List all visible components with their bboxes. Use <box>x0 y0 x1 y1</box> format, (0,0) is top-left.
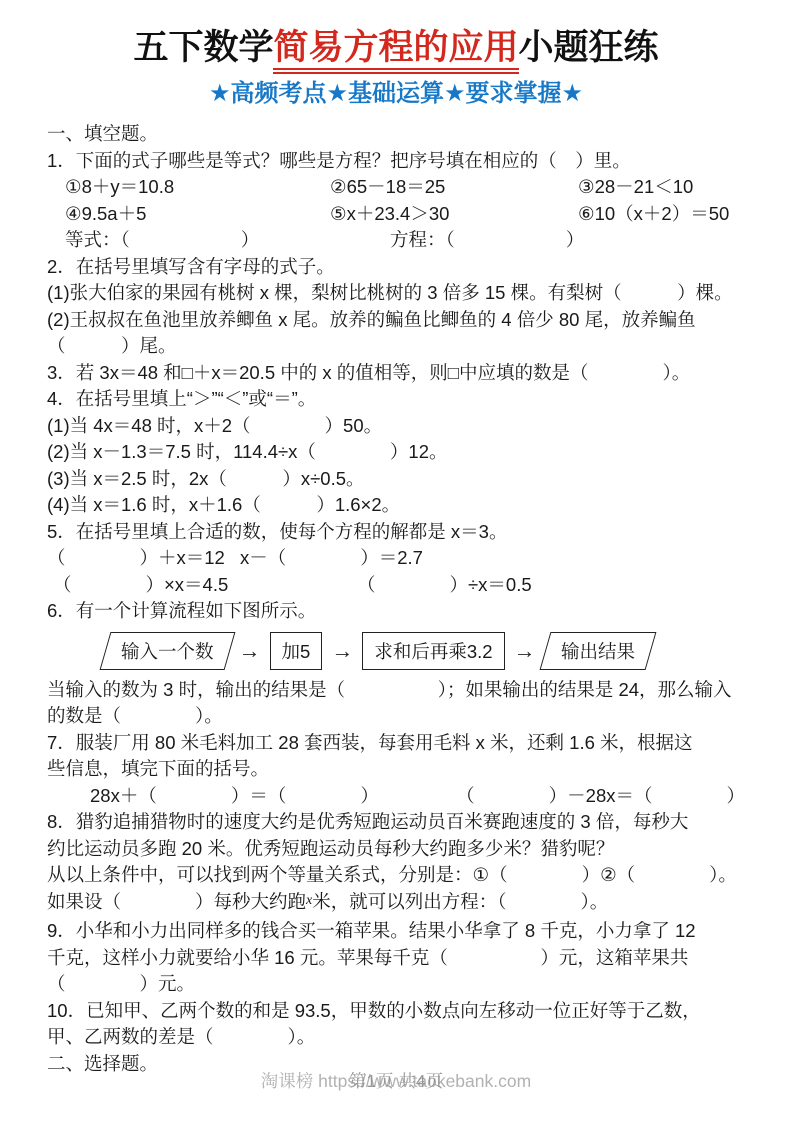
q4-item-4: (4)当 x＝1.6 时，x＋1.6（ ）1.6×2。 <box>47 492 745 519</box>
q8-variable-x: x <box>306 893 312 908</box>
q7-equation-left: 28x＋（ ）＝（ ） <box>90 783 379 810</box>
q8-line-4-post: 米，就可以列出方程：（ ）。 <box>312 891 608 912</box>
worksheet-body: 一、填空题。 1．下面的式子哪些是等式？哪些是方程？把序号填在相应的（ ）里。 … <box>47 121 745 1077</box>
q1-option-3: ③28－21＜10 <box>578 174 745 201</box>
flow-add5-box: 加5 <box>270 632 323 670</box>
title-right: 小题狂练 <box>519 28 659 67</box>
q10-line-1: 10．已知甲、乙两个数的和是 93.5，甲数的小数点向左移动一位正好等于乙数， <box>47 998 745 1025</box>
flow-input-label: 输入一个数 <box>121 638 214 664</box>
flow-multiply-label: 求和后再乘3.2 <box>374 641 492 662</box>
q6-line-2: 的数是（ ）。 <box>47 703 745 730</box>
q9-line-1: 9．小华和小力出同样多的钱合买一箱苹果。结果小华拿了 8 千克，小力拿了 12 <box>47 918 745 945</box>
q2-item-2-line-1: (2)王叔叔在鱼池里放养鲫鱼 x 尾。放养的鳊鱼比鲫鱼的 4 倍少 80 尾，放… <box>47 307 745 334</box>
q1-stem: 1．下面的式子哪些是等式？哪些是方程？把序号填在相应的（ ）里。 <box>47 148 745 175</box>
q8-line-2: 约比运动员多跑 20 米。优秀短跑运动员每秒大约跑多少米？猎豹呢？ <box>47 836 745 863</box>
q5-equation-2: x－（ ）＝2.7 <box>240 545 745 572</box>
q1-option-6: ⑥10（x＋2）＝50 <box>578 201 745 228</box>
flow-input-box: 输入一个数 <box>100 632 235 670</box>
q8-line-3: 从以上条件中，可以找到两个等量关系式，分别是：①（ ）②（ ）。 <box>47 862 745 889</box>
q9-line-3: （ ）元。 <box>47 971 745 998</box>
q2-item-2-line-2: （ ）尾。 <box>47 333 745 360</box>
q8-line-4-pre: 如果设（ ）每秒大约跑 <box>47 891 306 912</box>
q4-item-2: (2)当 x－1.3＝7.5 时，114.4÷x（ ）12。 <box>47 439 745 466</box>
q2-stem: 2．在括号里填写含有字母的式子。 <box>47 254 745 281</box>
q5-equation-1: （ ）＋x＝12 <box>47 545 240 572</box>
q6-line-1: 当输入的数为 3 时，输出的结果是（ ）；如果输出的结果是 24，那么输入 <box>47 677 745 704</box>
q5-equation-row-2: （ ）×x＝4.5 （ ）÷x＝0.5 <box>47 572 745 599</box>
q4-stem: 4．在括号里填上“＞”“＜”或“＝”。 <box>47 386 745 413</box>
flow-add5-label: 加5 <box>282 641 311 662</box>
q7-line-2: 些信息，填完下面的括号。 <box>47 756 745 783</box>
arrow-right-icon: → <box>514 640 536 662</box>
footer: 淘课榜 https://www.taokebank.com 第1页 共4页 <box>0 1068 792 1094</box>
page-content: 五下数学简易方程的应用小题狂练 ★高频考点★基础运算★要求掌握★ 一、填空题。 … <box>0 0 792 1077</box>
q4-item-1: (1)当 4x＝48 时，x＋2（ ）50。 <box>47 413 745 440</box>
q1-answer-dengshi: 等式：（ ） <box>65 227 390 254</box>
q9-line-2: 千克，这样小力就要给小华 16 元。苹果每千克（ ）元，这箱苹果共 <box>47 945 745 972</box>
q6-stem: 6．有一个计算流程如下图所示。 <box>47 598 745 625</box>
q7-line-1: 7．服装厂用 80 米毛料加工 28 套西装，每套用毛料 x 米，还剩 1.6 … <box>47 730 745 757</box>
worksheet-page: 五下数学简易方程的应用小题狂练 ★高频考点★基础运算★要求掌握★ 一、填空题。 … <box>0 0 792 1122</box>
q4-item-3: (3)当 x＝2.5 时，2x（ ）x÷0.5。 <box>47 466 745 493</box>
flow-multiply-box: 求和后再乘3.2 <box>362 632 504 670</box>
q3-stem: 3．若 3x＝48 和□＋x＝20.5 中的 x 的值相等，则□中应填的数是（ … <box>47 360 745 387</box>
q1-options-row-2: ④9.5a＋5 ⑤x＋23.4＞30 ⑥10（x＋2）＝50 <box>47 201 745 228</box>
q1-option-4: ④9.5a＋5 <box>65 201 330 228</box>
q7-equation-row: 28x＋（ ）＝（ ） （ ）－28x＝（ ） <box>47 783 745 810</box>
q8-line-1: 8．猎豹追捕猎物时的速度大约是优秀短跑运动员百米赛跑速度的 3 倍，每秒大 <box>47 809 745 836</box>
q1-answer-fangcheng: 方程：（ ） <box>390 227 745 254</box>
q1-option-2: ②65－18＝25 <box>330 174 578 201</box>
q6-flowchart: 输入一个数 → 加5 → 求和后再乘3.2 → 输出结果 <box>105 629 745 673</box>
q1-answer-row: 等式：（ ） 方程：（ ） <box>47 227 745 254</box>
arrow-right-icon: → <box>239 640 261 662</box>
q5-equation-row-1: （ ）＋x＝12 x－（ ）＝2.7 <box>47 545 745 572</box>
q1-options-row-1: ①8＋y＝10.8 ②65－18＝25 ③28－21＜10 <box>47 174 745 201</box>
q2-item-1: (1)张大伯家的果园有桃树 x 棵，梨树比桃树的 3 倍多 15 棵。有梨树（ … <box>47 280 745 307</box>
flow-output-box: 输出结果 <box>539 632 656 670</box>
flow-output-label: 输出结果 <box>561 638 635 664</box>
q1-option-1: ①8＋y＝10.8 <box>65 174 330 201</box>
q10-line-2: 甲、乙两数的差是（ ）。 <box>47 1024 745 1051</box>
title-highlight: 简易方程的应用 <box>273 28 518 74</box>
q5-equation-4: （ ）÷x＝0.5 <box>357 572 745 599</box>
q1-option-5: ⑤x＋23.4＞30 <box>330 201 578 228</box>
subtitle: ★高频考点★基础运算★要求掌握★ <box>47 80 745 108</box>
q7-equation-right: （ ）－28x＝（ ） <box>456 783 745 810</box>
title-left: 五下数学 <box>133 28 273 67</box>
footer-page-number: 第1页 共4页 <box>0 1068 792 1094</box>
q5-stem: 5．在括号里填上合适的数，使每个方程的解都是 x＝3。 <box>47 519 745 546</box>
arrow-right-icon: → <box>331 640 353 662</box>
q5-equation-3: （ ）×x＝4.5 <box>53 572 357 599</box>
page-title: 五下数学简易方程的应用小题狂练 <box>47 26 745 70</box>
q8-line-4: 如果设（ ）每秒大约跑x米，就可以列出方程：（ ）。 <box>47 889 745 919</box>
section1-heading: 一、填空题。 <box>47 121 745 148</box>
